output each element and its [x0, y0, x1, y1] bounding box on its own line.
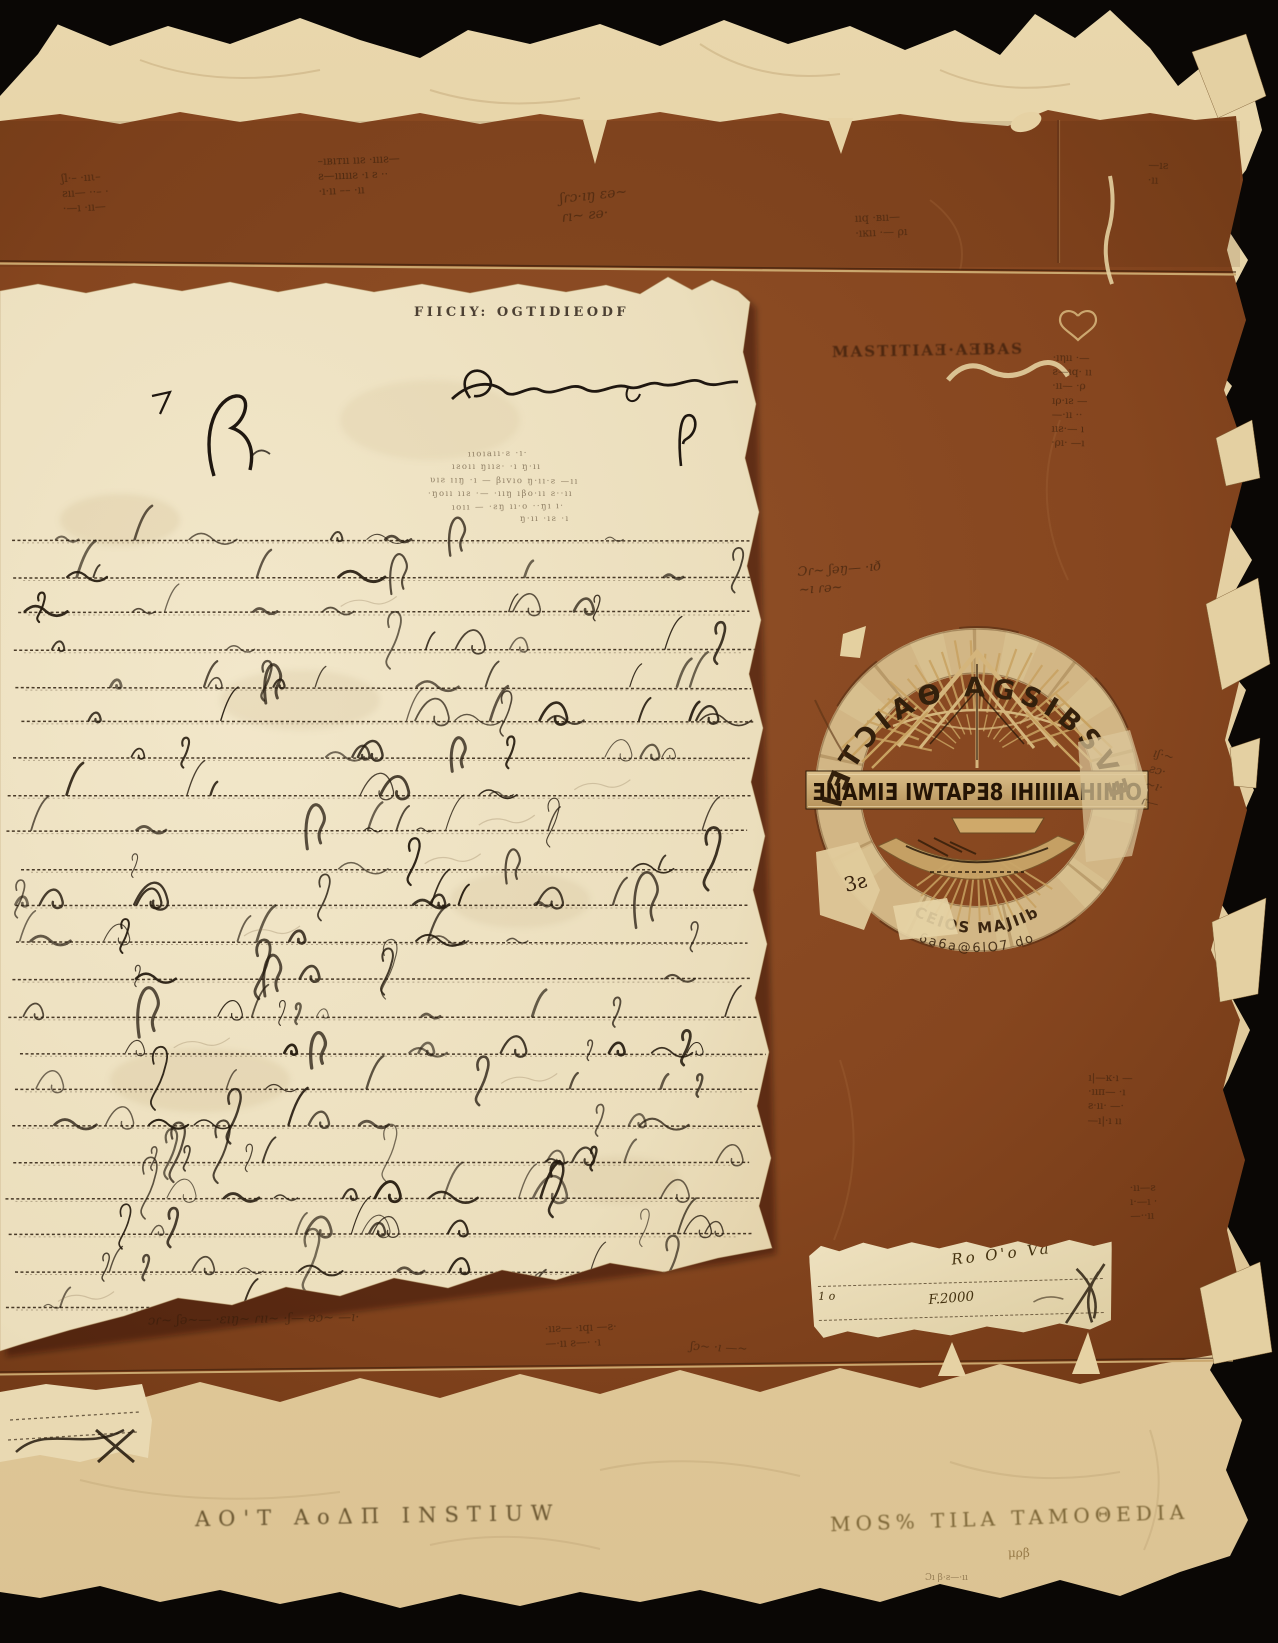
faded-stamp: ı|—ĸ·ı — ·ııπ— ·ı ƨ·ıı· —· —ı|·ı ıı [1088, 1071, 1249, 1130]
footer-small-mark: μρβ [1008, 1545, 1030, 1561]
faded-stamp: —ıƨ ·ıı [1148, 158, 1239, 191]
micro-print-row: ŋ·ıı ·ıƨ ·ı [520, 514, 570, 524]
faded-stamp: ʃl·– ·ııι– ƨıı— ··– · ·—ı ·ıı— [61, 164, 223, 217]
slip-corner-mark: 1 o [818, 1290, 835, 1303]
micro-print-row: υıƨ ııŋ ·ı — βıvıο ŋ·ıı·ƨ —ıı [430, 475, 579, 487]
faded-stamp: MASTITIAƎ·AƎBAS [832, 338, 1062, 362]
micro-print-row: ·ŋoıı ııƨ ·— ·ııŋ ıβo·ıı ƨ··ıı [428, 489, 573, 499]
faded-stamp: ·ıı—ƨ ı·—ı · —··ıı [1130, 1179, 1251, 1224]
aged-document-scene: ƎNAMIƎ IWTAPƎ8 IHIIIIAHIIIIO ƏIƎTƆIAƟ AG… [0, 0, 1278, 1643]
manuscript-header: FIICIY: OGTIDIEODF [414, 304, 629, 322]
micro-print-row: ıoıı — ·ƨŋ ıı·o ··ŋı ı· [452, 501, 564, 513]
artwork-canvas: ƎNAMIƎ IWTAPƎ8 IHIIIIAHIIIIO ƏIƎTƆIAƟ AG… [0, 0, 1278, 1643]
micro-print-row: ıƨoıı ŋııƨ· ·ı ŋ·ıı [452, 462, 541, 472]
receipt-slip: Ro O'o Va F.2000 1 o [809, 1234, 1115, 1340]
bottom-left-scrap [0, 1384, 152, 1462]
slip-line-2: F.2000 [928, 1288, 975, 1308]
footer-tiny-row: Ɔı β·ƨ—·ıı [925, 1572, 968, 1584]
faded-stamp: ·ıηıı ·— ƨ—ıq· ıı ·ıı— ·ρ ıρ·ıƨ — —·ıı ·… [1051, 351, 1203, 453]
slip-scribble [1024, 1260, 1112, 1334]
micro-print-row: ııoıaıı·ƨ ·ı· [468, 448, 528, 459]
